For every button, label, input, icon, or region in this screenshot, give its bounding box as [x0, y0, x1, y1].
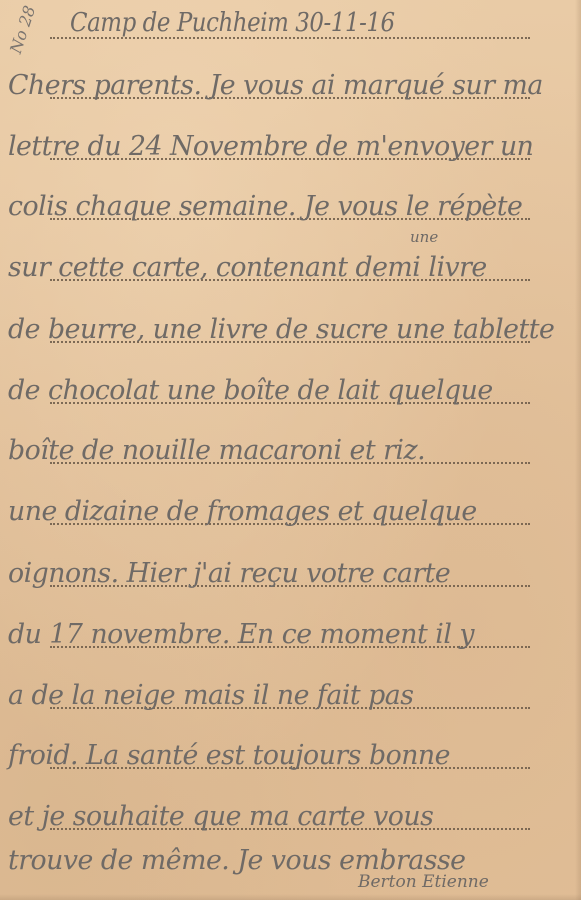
letter-line: une dizaine de fromages et quelque	[8, 498, 568, 525]
letter-line: Chers parents. Je vous ai marqué sur ma	[8, 72, 568, 99]
letter-line: colis chaque semaine. Je vous le répète	[8, 193, 568, 220]
letter-line: de beurre, une livre de sucre une tablet…	[8, 316, 568, 343]
letter-line: boîte de nouille macaroni et riz.	[8, 437, 568, 464]
card-edge-shadow	[575, 0, 581, 900]
letter-line: et je souhaite que ma carte vous	[8, 803, 568, 830]
card-edge-shadow	[0, 894, 581, 900]
letter-line: oignons. Hier j'ai reçu votre carte	[8, 560, 568, 587]
letter-line: du 17 novembre. En ce moment il y	[8, 621, 568, 648]
letter-line: a de la neige mais il ne fait pas	[8, 682, 568, 709]
signature: Berton Etienne	[358, 872, 489, 892]
inserted-word: une	[410, 228, 438, 246]
letter-line: de chocolat une boîte de lait quelque	[8, 377, 568, 404]
header-place-date: Camp de Puchheim 30-11-16	[70, 10, 568, 36]
letter-line: trouve de même. Je vous embrasse	[8, 847, 568, 874]
margin-note: No 28	[6, 3, 39, 56]
postcard: No 28 Camp de Puchheim 30-11-16 Chers pa…	[0, 0, 581, 900]
letter-line: lettre du 24 Novembre de m'envoyer un	[8, 133, 568, 160]
letter-line: sur cette carte, contenant demi livre	[8, 254, 568, 281]
letter-line: froid. La santé est toujours bonne	[8, 742, 568, 769]
